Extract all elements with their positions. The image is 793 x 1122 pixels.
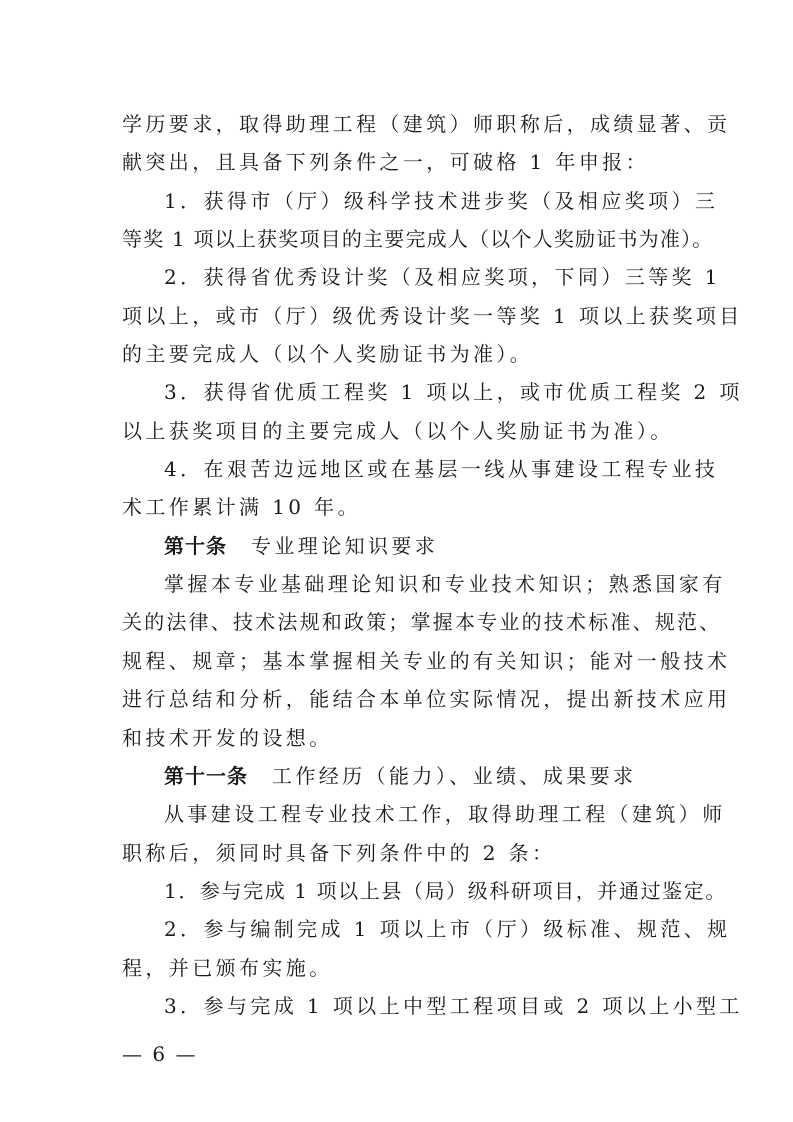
document-page: 学历要求，取得助理工程（建筑）师职称后，成绩显著、贡 献突出，且具备下列条件之一…: [0, 0, 793, 1122]
article-10-label: 第十条: [164, 534, 227, 558]
list-item-line: 2．获得省优秀设计奖（及相应奖项，下同）三等奖 1: [122, 258, 672, 296]
list-item-line: 等奖 1 项以上获奖项目的主要完成人（以个人奖励证书为准）。: [122, 220, 672, 258]
list-item-line: 程，并已颁布实施。: [122, 949, 672, 987]
article-11-title: 工作经历（能力）、业绩、成果要求: [272, 764, 636, 788]
paragraph-line: 职称后，须同时具备下列条件中的 2 条：: [122, 834, 672, 872]
list-item-line: 1．参与完成 1 项以上县（局）级科研项目，并通过鉴定。: [122, 872, 672, 910]
paragraph-line: 从事建设工程专业技术工作，取得助理工程（建筑）师: [122, 795, 672, 833]
article-10-heading: 第十条专业理论知识要求: [122, 527, 672, 565]
page-number: — 6 —: [122, 1040, 197, 1068]
paragraph-line: 学历要求，取得助理工程（建筑）师职称后，成绩显著、贡: [122, 105, 672, 143]
paragraph-line: 进行总结和分析，能结合本单位实际情况，提出新技术应用: [122, 680, 672, 718]
list-item-line: 术工作累计满 10 年。: [122, 488, 672, 526]
article-11-label: 第十一条: [164, 764, 248, 788]
paragraph-line: 和技术开发的设想。: [122, 719, 672, 757]
list-item-line: 项以上，或市（厅）级优秀设计奖一等奖 1 项以上获奖项目: [122, 297, 672, 335]
paragraph-line: 献突出，且具备下列条件之一，可破格 1 年申报：: [122, 143, 672, 181]
list-item-line: 3．参与完成 1 项以上中型工程项目或 2 项以上小型工: [122, 987, 672, 1025]
list-item-line: 的主要完成人（以个人奖励证书为准）。: [122, 335, 672, 373]
list-item-line: 1．获得市（厅）级科学技术进步奖（及相应奖项）三: [122, 182, 672, 220]
list-item-line: 4．在艰苦边远地区或在基层一线从事建设工程专业技: [122, 450, 672, 488]
article-11-heading: 第十一条工作经历（能力）、业绩、成果要求: [122, 757, 672, 795]
paragraph-line: 关的法律、技术法规和政策；掌握本专业的技术标准、规范、: [122, 603, 672, 641]
document-body: 学历要求，取得助理工程（建筑）师职称后，成绩显著、贡 献突出，且具备下列条件之一…: [122, 105, 672, 1025]
paragraph-line: 掌握本专业基础理论知识和专业技术知识；熟悉国家有: [122, 565, 672, 603]
paragraph-line: 规程、规章；基本掌握相关专业的有关知识；能对一般技术: [122, 642, 672, 680]
article-10-title: 专业理论知识要求: [251, 534, 438, 558]
list-item-line: 3．获得省优质工程奖 1 项以上，或市优质工程奖 2 项: [122, 373, 672, 411]
list-item-line: 2．参与编制完成 1 项以上市（厅）级标准、规范、规: [122, 910, 672, 948]
list-item-line: 以上获奖项目的主要完成人（以个人奖励证书为准）。: [122, 412, 672, 450]
